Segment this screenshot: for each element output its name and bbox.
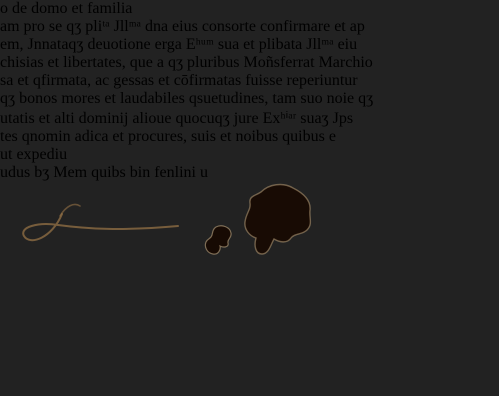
manuscript-text-line: em, Jnnataqʒ deuotione erga Eʰᵘᵐ sua et …: [0, 36, 499, 54]
manuscript-faint-annotation-line: udus bʒ Mem quibs bin fenlini u: [0, 164, 499, 182]
manuscript-text-line: o de domo et familia: [0, 0, 499, 18]
manuscript-text-line: tes qnomin adica et procures, suis et no…: [0, 128, 499, 146]
manuscript-text-line: sa et qfirmata, ac gessas et cōfirmatas …: [0, 72, 499, 90]
manuscript-text-line: utatis et alti dominij alioue quocuqʒ ju…: [0, 108, 499, 128]
manuscript-text-line: chisias et libertates, que a qʒ pluribus…: [0, 54, 499, 72]
parchment-hole-small: [204, 224, 237, 260]
pen-flourish: [0, 200, 200, 260]
manuscript-text-line: qʒ bonos mores et laudabiles qsuetudines…: [0, 90, 499, 108]
parchment-hole-large: [241, 182, 316, 260]
manuscript-text-line: ut expediu: [0, 146, 499, 164]
manuscript-text-line: am pro se qʒ pliᵗᵃ Jllᵐᵃ dna eius consor…: [0, 18, 499, 36]
manuscript-photo: o de domo et familia am pro se qʒ pliᵗᵃ …: [0, 0, 499, 396]
